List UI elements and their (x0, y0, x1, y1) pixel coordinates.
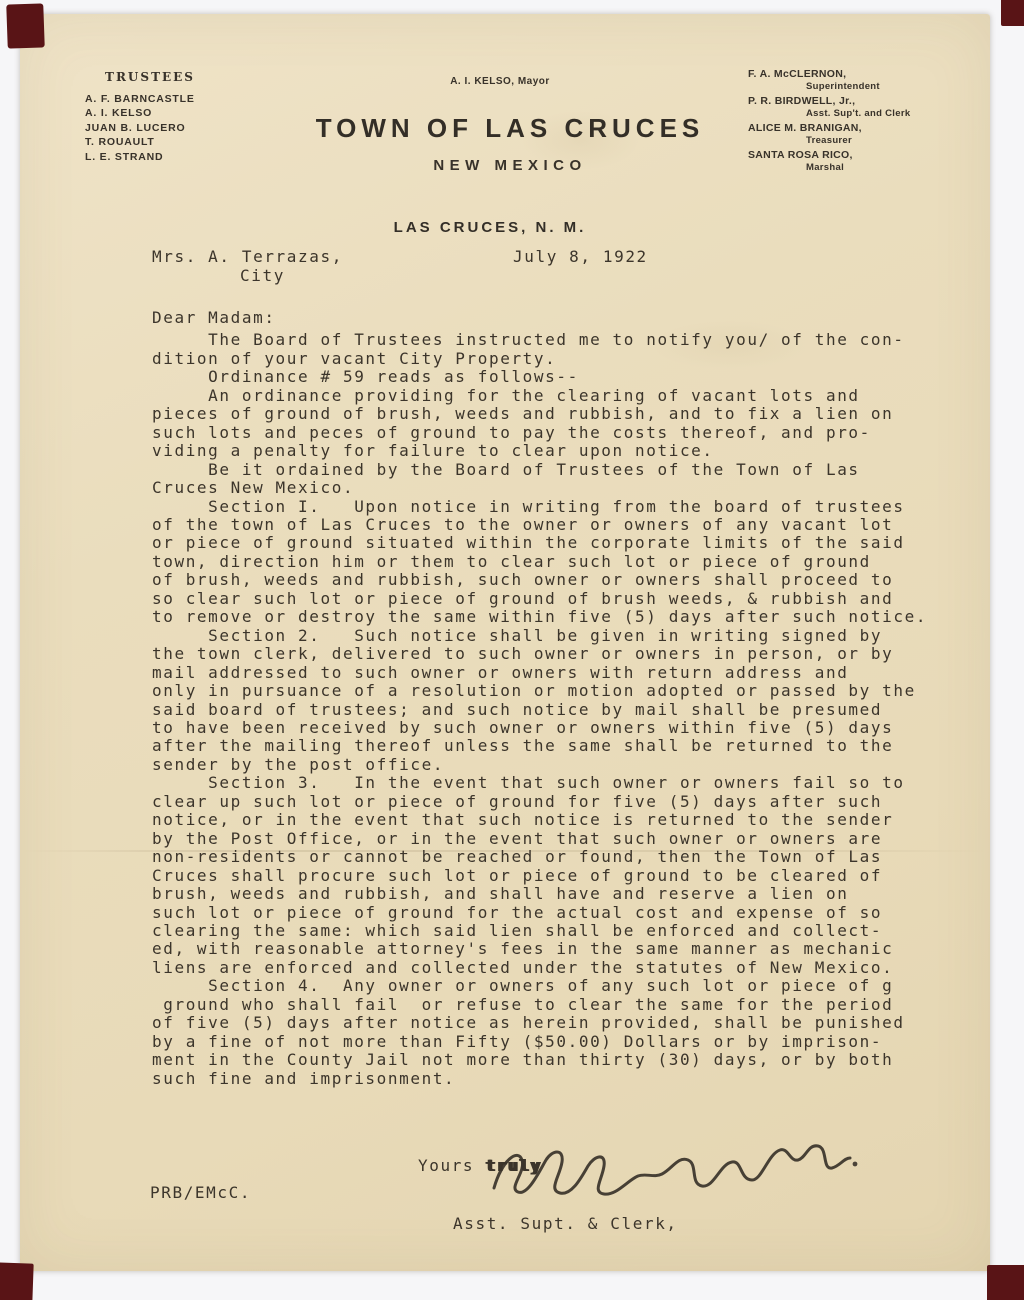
text-line: JUAN B. LUCERO (85, 121, 195, 135)
corner-mount-bottom-right (987, 1265, 1024, 1300)
official-entry: F. A. McCLERNON, Superintendent (748, 68, 910, 92)
official-name: SANTA ROSA RICO, (748, 149, 910, 162)
text-line: clear up such lot or piece of ground for… (152, 793, 927, 811)
dateline-place: LAS CRUCES, N. M. (280, 219, 700, 236)
official-role: Superintendent (806, 81, 910, 93)
text-line: ment in the County Jail not more than th… (152, 1051, 927, 1069)
text-line: Cruces shall procure such lot or piece o… (152, 867, 927, 885)
mayor-line: A. I. KELSO, Mayor (375, 76, 625, 87)
text-line: to have been received by such owner or o… (152, 719, 927, 737)
text-line: Cruces New Mexico. (152, 479, 927, 497)
text-line: pieces of ground of brush, weeds and rub… (152, 405, 927, 423)
text-line: non-residents or cannot be reached or fo… (152, 848, 927, 866)
text-line: by a fine of not more than Fifty ($50.00… (152, 1033, 927, 1051)
text-line: such lots and peces of ground to pay the… (152, 424, 927, 442)
recipient-location: City (240, 266, 285, 285)
text-line: ground who shall fail or refuse to clear… (152, 996, 927, 1014)
trustees-name-list: A. F. BARNCASTLEA. I. KELSOJUAN B. LUCER… (85, 92, 195, 164)
text-line: town, direction him or them to clear suc… (152, 553, 927, 571)
recipient-name: Mrs. A. Terrazas, (152, 247, 343, 266)
signer-title: Asst. Supt. & Clerk, (453, 1214, 678, 1233)
state-name: NEW MEXICO (230, 157, 790, 174)
text-line: to remove or destroy the same within fiv… (152, 608, 927, 626)
text-line: An ordinance providing for the clearing … (152, 387, 927, 405)
official-name: P. R. BIRDWELL, Jr., (748, 95, 910, 108)
text-line: A. I. KELSO (85, 106, 195, 120)
officials-list: F. A. McCLERNON, Superintendent P. R. BI… (748, 68, 910, 176)
text-line: Section I. Upon notice in writing from t… (152, 498, 927, 516)
text-line: viding a penalty for failure to clear up… (152, 442, 927, 460)
text-line: by the Post Office, or in the event that… (152, 830, 927, 848)
text-line: Be it ordained by the Board of Trustees … (152, 461, 927, 479)
text-line: or piece of ground situated within the c… (152, 534, 927, 552)
official-name: F. A. McCLERNON, (748, 68, 910, 81)
text-line: notice, or in the event that such notice… (152, 811, 927, 829)
text-line: Section 4. Any owner or owners of any su… (152, 977, 927, 995)
official-name: ALICE M. BRANIGAN, (748, 122, 910, 135)
text-line: L. E. STRAND (85, 150, 195, 164)
text-line: the town clerk, delivered to such owner … (152, 645, 927, 663)
text-line: Section 2. Such notice shall be given in… (152, 627, 927, 645)
text-line: sender by the post office. (152, 756, 927, 774)
closing-prefix: Yours (418, 1156, 485, 1175)
text-line: of brush, weeds and rubbish, such owner … (152, 571, 927, 589)
text-line: after the mailing thereof unless the sam… (152, 737, 927, 755)
corner-mount-bottom-left (0, 1262, 34, 1300)
official-entry: P. R. BIRDWELL, Jr., Asst. Sup't. and Cl… (748, 95, 910, 119)
letter-date: July 8, 1922 (513, 247, 648, 266)
letter-body: Dear Madam: The Board of Trustees instru… (152, 309, 927, 1088)
text-line: Ordinance # 59 reads as follows-- (152, 368, 927, 386)
corner-mount-top-left (6, 3, 45, 48)
text-line: ed, with reasonable attorney's fees in t… (152, 940, 927, 958)
text-line: liens are enforced and collected under t… (152, 959, 927, 977)
text-line: T. ROUAULT (85, 135, 195, 149)
text-line: mail addressed to such owner or owners w… (152, 664, 927, 682)
text-line: A. F. BARNCASTLE (85, 92, 195, 106)
official-role: Treasurer (806, 135, 910, 147)
town-name: TOWN OF LAS CRUCES (230, 113, 790, 144)
corner-mount-top-right (1001, 0, 1024, 26)
trustees-heading: TRUSTEES (100, 70, 200, 84)
text-line: such lot or piece of ground for the actu… (152, 904, 927, 922)
text-line: said board of trustees; and such notice … (152, 701, 927, 719)
text-line: clearing the same: which said lien shall… (152, 922, 927, 940)
official-role: Asst. Sup't. and Clerk (806, 108, 910, 120)
text-line: only in pursuance of a resolution or mot… (152, 682, 927, 700)
official-role: Marshal (806, 162, 910, 174)
typist-initials: PRB/EMcC. (150, 1183, 251, 1202)
scanned-letter-page: TRUSTEES A. F. BARNCASTLEA. I. KELSOJUAN… (0, 0, 1024, 1300)
text-line: Section 3. In the event that such owner … (152, 774, 927, 792)
text-line: dition of your vacant City Property. (152, 350, 927, 368)
official-entry: SANTA ROSA RICO, Marshal (748, 149, 910, 173)
text-line: such fine and imprisonment. (152, 1070, 927, 1088)
text-line: The Board of Trustees instructed me to n… (152, 331, 927, 349)
text-line: of five (5) days after notice as herein … (152, 1014, 927, 1032)
text-line: so clear such lot or piece of ground of … (152, 590, 927, 608)
official-entry: ALICE M. BRANIGAN, Treasurer (748, 122, 910, 146)
text-line: of the town of Las Cruces to the owner o… (152, 516, 927, 534)
text-line: brush, weeds and rubbish, and shall have… (152, 885, 927, 903)
text-line: Dear Madam: (152, 309, 927, 327)
handwritten-signature (488, 1136, 860, 1210)
